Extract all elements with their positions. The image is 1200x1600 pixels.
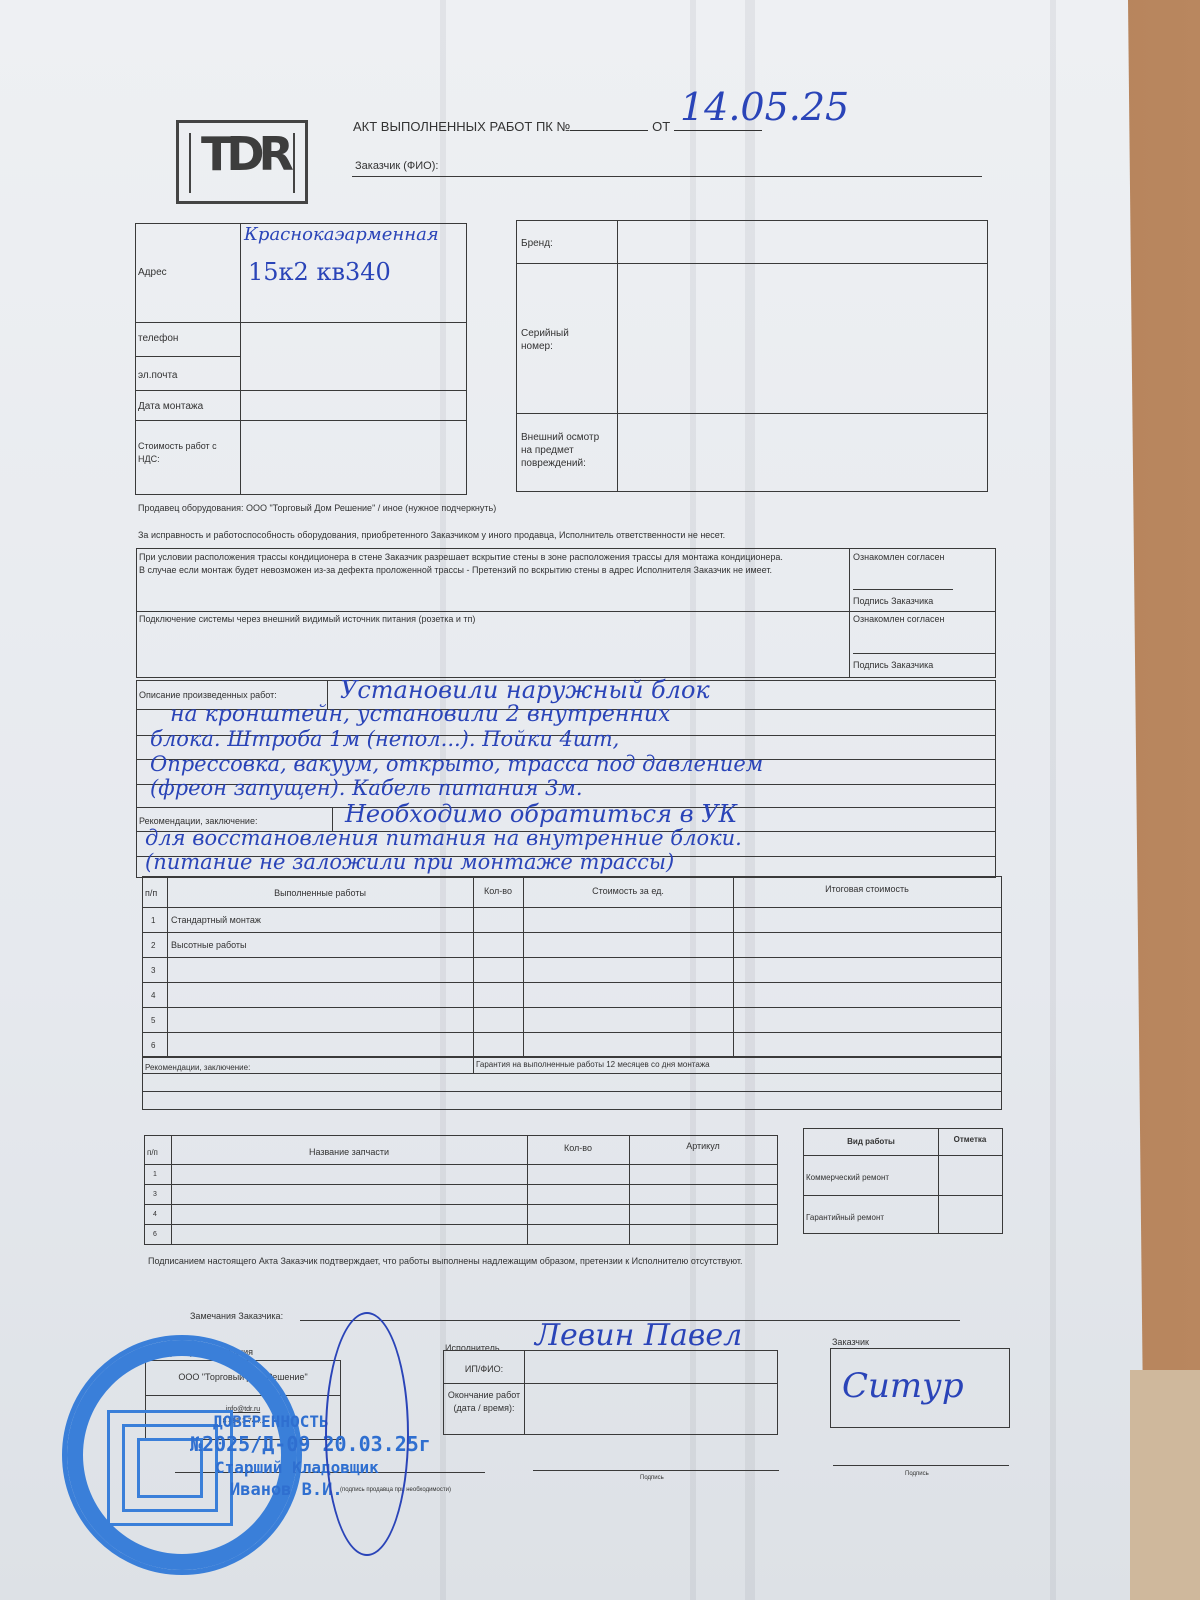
repair-commercial: Коммерческий ремонт	[806, 1171, 889, 1184]
liability-note: За исправность и работоспособность обору…	[138, 529, 725, 542]
recommendation-line-2: для восстановления питания на внутренние…	[145, 826, 742, 850]
customer-signature: Ситур	[842, 1366, 964, 1406]
stamp-line-1: ДОВЕРЕННОСТЬ	[213, 1412, 329, 1431]
seller-note: Продавец оборудования: ООО "Торговый Дом…	[138, 502, 496, 515]
seller-signature-scribble	[325, 1312, 409, 1556]
work-description-line-4: Опрессовка, вакуум, открыто, трасса под …	[150, 752, 763, 776]
stamp-line-4: Иванов В.И.	[230, 1480, 343, 1500]
work-description-label: Описание произведенных работ:	[139, 689, 277, 702]
work-description-line-3: блока. Штроба 1м (непол...). Пойки 4шт,	[150, 727, 619, 751]
work-description-line-2: на кронштейн, установили 2 внутренних	[170, 702, 670, 727]
recommendation-line-3: (питание не заложили при монтаже трассы)	[145, 850, 674, 874]
executor-sign-line	[533, 1470, 779, 1471]
company-logo: TDR	[176, 120, 308, 204]
repair-type-table: Вид работы Отметка Коммерческий ремонт Г…	[803, 1128, 1003, 1234]
executor-box: ИП/ФИО: Окончание работ (дата / время):	[443, 1350, 778, 1435]
confirmation-text: Подписанием настоящего Акта Заказчик под…	[148, 1255, 743, 1268]
address-value-line2: 15к2 кв340	[248, 258, 391, 286]
device-info-table: Бренд: Серийный номер: Внешний осмотр на…	[516, 220, 988, 492]
works-table-footer: Рекомендации, заключение: Гарантия на вы…	[142, 1056, 1002, 1110]
consent-table: При условии расположения трассы кондицио…	[136, 548, 996, 678]
customer-sign-line	[833, 1465, 1009, 1466]
document-sheet: TDR АКТ ВЫПОЛНЕННЫХ РАБОТ ПК № ОТ 14.05.…	[0, 0, 1145, 1600]
parts-table: п/п Название запчасти Кол-во Артикул 1 3…	[144, 1135, 778, 1245]
works-table: п/п Выполненные работы Кол-во Стоимость …	[142, 876, 1002, 1058]
work-row-1: Стандартный монтаж	[171, 914, 261, 927]
customer-line	[352, 176, 982, 177]
work-description-line-1: Установили наружный блок	[340, 676, 710, 704]
work-row-2: Высотные работы	[171, 939, 247, 952]
address-value-line1: Краснокаэарменная	[244, 224, 439, 245]
work-description-line-5: (фреон запущен). Кабель питания 3м.	[150, 776, 583, 800]
client-info-table: Адрес телефон эл.почта Дата монтажа Стои…	[135, 223, 467, 495]
recommendation-line-1: Необходимо обратиться в УК	[345, 800, 737, 828]
remarks-label: Замечания Заказчика:	[190, 1310, 283, 1323]
document-date: 14.05.25	[680, 85, 849, 129]
customer-label: Заказчик (ФИО):	[355, 160, 438, 173]
repair-warranty: Гарантийный ремонт	[806, 1211, 884, 1224]
floor-background	[1130, 1370, 1200, 1600]
executor-handwritten-name: Левин Павел	[535, 1318, 742, 1353]
